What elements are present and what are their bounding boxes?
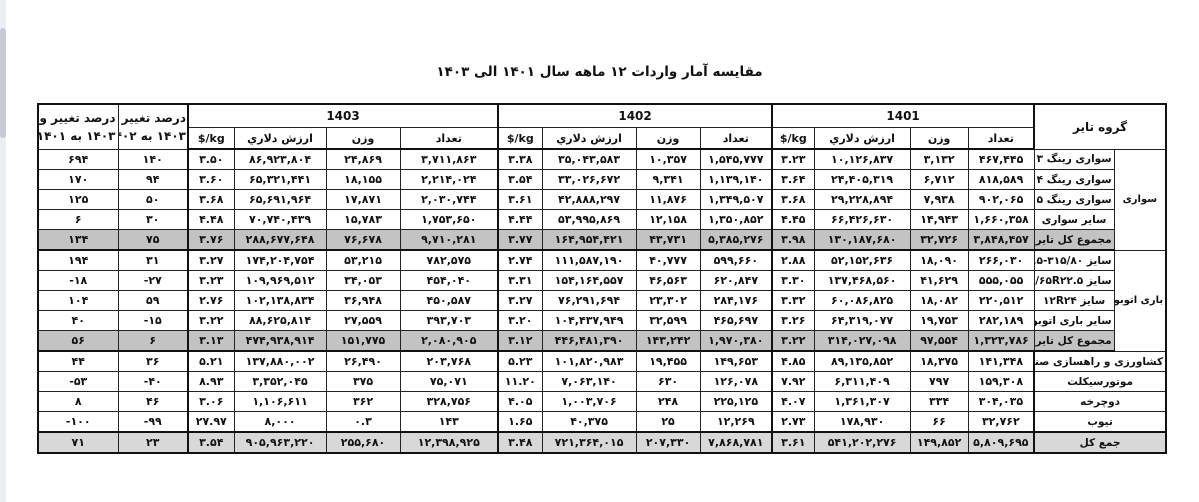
cell: ۳.۲۲ bbox=[772, 331, 814, 352]
cell: ۴۶ bbox=[118, 392, 188, 412]
cell: ۱,۱۳۹,۱۴۰ bbox=[700, 170, 772, 190]
cell: ۲۵۵,۶۸۰ bbox=[326, 432, 400, 453]
cell: ۲۵ bbox=[636, 412, 700, 433]
cell: ۵,۸۰۹,۶۹۵ bbox=[968, 432, 1034, 453]
cell: ۱۰,۳۵۷ bbox=[636, 149, 700, 170]
cell: ۵۳,۹۹۵,۸۶۹ bbox=[542, 210, 636, 230]
cell: ۳.۶۸ bbox=[772, 190, 814, 210]
header-year-1403: 1403 bbox=[188, 104, 498, 128]
header-value-1401: ارزش دلاري bbox=[814, 128, 910, 150]
cell: ۶۲۰,۸۴۷ bbox=[700, 271, 772, 291]
cell: ۳,۳۵۲,۰۴۵ bbox=[234, 372, 326, 392]
cell: ۲۲۵,۱۲۵ bbox=[700, 392, 772, 412]
cell: ۱۲۵ bbox=[38, 190, 118, 210]
cell: ۹۰۵,۹۶۳,۲۲۰ bbox=[234, 432, 326, 453]
cell: ۱,۳۴۹,۵۰۷ bbox=[700, 190, 772, 210]
cell: ۳۶ bbox=[118, 351, 188, 372]
imports-comparison-table: گروه تایر 1401 1402 1403 درصد تغییر وزنی… bbox=[37, 103, 1167, 454]
cell: ۸۱۸,۵۸۹ bbox=[968, 170, 1034, 190]
header-count-1403: تعداد bbox=[400, 128, 498, 150]
cell: ۱۴۹,۶۵۳ bbox=[700, 351, 772, 372]
cell: ۱۷,۸۷۱ bbox=[326, 190, 400, 210]
header-pct-1403-1402: درصد تغییر وزنی۱۴۰۳ به ۱۴۰۲ bbox=[118, 104, 188, 149]
pct-1401-line1: درصد تغییر وزنی bbox=[38, 111, 116, 125]
cell: ۵۹۹,۶۶۰ bbox=[700, 250, 772, 271]
cell: ۳.۶۱ bbox=[772, 432, 814, 453]
cell: ۴۰,۳۷۵ bbox=[542, 412, 636, 433]
header-weight-1403: وزن bbox=[326, 128, 400, 150]
cell: ۶۹۴ bbox=[38, 149, 118, 170]
cell: ۴۷۴,۹۳۸,۹۱۴ bbox=[234, 331, 326, 352]
cell: ۳,۸۴۸,۴۵۷ bbox=[968, 230, 1034, 251]
header-tire-group: گروه تایر bbox=[1034, 104, 1166, 149]
cell: ۷۰,۷۴۰,۴۳۹ bbox=[234, 210, 326, 230]
table-row: سایز ۱۲R۲۴ ۲۲۰,۵۱۲۱۸,۰۸۲۶۰,۰۸۶,۸۲۵۳.۳۲ ۲… bbox=[38, 291, 1166, 311]
cell: ۷۶,۲۹۱,۶۹۴ bbox=[542, 291, 636, 311]
cell: ۵۲,۱۵۲,۶۳۶ bbox=[814, 250, 910, 271]
cell: ۲۷,۵۵۹ bbox=[326, 311, 400, 331]
cell: ۱۸,۱۵۵ bbox=[326, 170, 400, 190]
header-pct-1403-1401: درصد تغییر وزنی۱۴۰۳ به ۱۴۰۱ bbox=[38, 104, 118, 149]
cell: ۳.۰۶ bbox=[188, 392, 234, 412]
cell: ۲۸۴,۱۷۶ bbox=[700, 291, 772, 311]
cell: ۲,۲۱۴,۰۲۴ bbox=[400, 170, 498, 190]
table-row: باری اتوبوسی سایز ۳۱۵/۸۰-R۲۲.۵ ۲۶۶,۰۳۰۱۸… bbox=[38, 250, 1166, 271]
cell: ۱۰۲,۱۳۸,۸۳۴ bbox=[234, 291, 326, 311]
cell: ۲۶۶,۰۳۰ bbox=[968, 250, 1034, 271]
cell: ۱۲۶,۰۷۸ bbox=[700, 372, 772, 392]
cell: ۵۰ bbox=[118, 190, 188, 210]
cell: ۳۴,۰۵۳ bbox=[326, 271, 400, 291]
cell: ۴.۴۵ bbox=[772, 210, 814, 230]
cell: ۶۵,۶۹۱,۹۶۴ bbox=[234, 190, 326, 210]
cell: ۴۲,۸۸۸,۲۹۷ bbox=[542, 190, 636, 210]
cell: ۲۸۸,۶۷۷,۶۴۸ bbox=[234, 230, 326, 251]
header-weight-1401: وزن bbox=[910, 128, 968, 150]
cell: ۱۴۳ bbox=[400, 412, 498, 433]
cell: ۳.۷۶ bbox=[188, 230, 234, 251]
cell: ۳.۳۲ bbox=[772, 291, 814, 311]
cell: ۳.۵۰ bbox=[188, 149, 234, 170]
cell: ۳.۵۴ bbox=[498, 170, 542, 190]
cell: ۳۳,۰۲۶,۶۷۲ bbox=[542, 170, 636, 190]
pct-1402-line2: ۱۴۰۳ به ۱۴۰۲ bbox=[118, 129, 186, 143]
cell: ۸۸,۶۲۵,۸۱۴ bbox=[234, 311, 326, 331]
cell: ۴۶,۵۶۳ bbox=[636, 271, 700, 291]
cell: ۲۳,۳۰۲ bbox=[636, 291, 700, 311]
row-label: تیوب bbox=[1034, 412, 1166, 433]
cell: ۲۴,۸۶۹ bbox=[326, 149, 400, 170]
cell: ۴۶۷,۴۴۵ bbox=[968, 149, 1034, 170]
cell: ۴۰,۷۷۷ bbox=[636, 250, 700, 271]
cell: ۴۴۶,۴۸۱,۳۹۰ bbox=[542, 331, 636, 352]
cell: ۱۰,۱۲۶,۸۳۷ bbox=[814, 149, 910, 170]
cell: ۶۵,۳۲۱,۴۴۱ bbox=[234, 170, 326, 190]
cell: ۴۶۵,۶۹۷ bbox=[700, 311, 772, 331]
cell: ۳۱۴,۰۲۷,۰۹۸ bbox=[814, 331, 910, 352]
cell: ۱,۳۵۰,۸۵۲ bbox=[700, 210, 772, 230]
table-row: سواری سواری رینگ ۱۳ ۴۶۷,۴۴۵۳,۱۳۲۱۰,۱۲۶,۸… bbox=[38, 149, 1166, 170]
cell: ۱۵۴,۱۶۴,۵۵۷ bbox=[542, 271, 636, 291]
cell: ۷۶,۶۷۸ bbox=[326, 230, 400, 251]
row-label: سواری رینگ ۱۵ bbox=[1034, 190, 1114, 210]
cell: ۱۴۱,۳۴۸ bbox=[968, 351, 1034, 372]
cell: -۵۳ bbox=[38, 372, 118, 392]
cell: ۵.۲۱ bbox=[188, 351, 234, 372]
cell: ۳۱ bbox=[118, 250, 188, 271]
cell: ۳,۷۱۱,۸۶۳ bbox=[400, 149, 498, 170]
cell: ۱۵۹,۳۰۸ bbox=[968, 372, 1034, 392]
grand-total-row: جمع کل ۵,۸۰۹,۶۹۵۱۴۹,۸۵۲۵۴۱,۲۰۲,۲۷۶۳.۶۱ ۷… bbox=[38, 432, 1166, 453]
cell: ۶۳۰ bbox=[636, 372, 700, 392]
cell: ۳.۲۰ bbox=[498, 311, 542, 331]
table-row: تیوب ۳۲,۷۶۲۶۶۱۷۸,۹۳۰۲.۷۳ ۱۲,۲۶۹۲۵۴۰,۳۷۵۱… bbox=[38, 412, 1166, 433]
table-row: سواری رینگ ۱۴ ۸۱۸,۵۸۹۶,۷۱۲۲۴,۴۰۵,۳۱۹۳.۶۴… bbox=[38, 170, 1166, 190]
cell: ۹,۷۱۰,۲۸۱ bbox=[400, 230, 498, 251]
cell: ۱۷۸,۹۳۰ bbox=[814, 412, 910, 433]
cell: ۲,۰۸۰,۹۰۵ bbox=[400, 331, 498, 352]
table-row: سایز ۳۸۵/۶۵R۲۲.۵ ۵۵۵,۰۵۵۴۱,۶۲۹۱۳۷,۴۶۸,۵۶… bbox=[38, 271, 1166, 291]
cell: ۷,۰۶۳,۱۴۰ bbox=[542, 372, 636, 392]
table-row: سایر باری اتوبوسی ۲۸۲,۱۸۹۱۹,۷۵۳۶۴,۳۱۹,۰۷… bbox=[38, 311, 1166, 331]
cell: ۱۸,۰۹۰ bbox=[910, 250, 968, 271]
cell: ۱۳۷,۸۸۰,۰۰۲ bbox=[234, 351, 326, 372]
cell: -۱۸ bbox=[38, 271, 118, 291]
header-kg-1402: $/kg bbox=[498, 128, 542, 150]
row-label: سایر سواری bbox=[1034, 210, 1114, 230]
cell: ۱,۳۲۳,۷۸۶ bbox=[968, 331, 1034, 352]
cell: ۷۵ bbox=[118, 230, 188, 251]
cell: ۲.۷۳ bbox=[772, 412, 814, 433]
cell: ۱۲,۳۹۸,۹۲۵ bbox=[400, 432, 498, 453]
cell: ۷۸۲,۵۷۵ bbox=[400, 250, 498, 271]
pct-1401-line2: ۱۴۰۳ به ۱۴۰۱ bbox=[38, 129, 116, 143]
cell: ۱۱۱,۵۸۷,۱۹۰ bbox=[542, 250, 636, 271]
cell: ۶ bbox=[118, 331, 188, 352]
cell: ۳.۲۷ bbox=[498, 291, 542, 311]
table-row: موتورسیکلت ۱۵۹,۳۰۸۷۹۷۶,۳۱۱,۴۰۹۷.۹۲ ۱۲۶,۰… bbox=[38, 372, 1166, 392]
cell: ۲۹,۲۲۸,۸۹۴ bbox=[814, 190, 910, 210]
cell: ۳.۶۸ bbox=[188, 190, 234, 210]
table-row: کشاورزی و راهسازی صنعتی ۱۴۱,۳۴۸۱۸,۳۷۵۸۹,… bbox=[38, 351, 1166, 372]
cell: ۶,۷۱۲ bbox=[910, 170, 968, 190]
row-label: سواری رینگ ۱۳ bbox=[1034, 149, 1114, 170]
cell: ۱۴۳,۲۴۲ bbox=[636, 331, 700, 352]
cell: ۴.۰۷ bbox=[772, 392, 814, 412]
cell: ۲۲۰,۵۱۲ bbox=[968, 291, 1034, 311]
cell: ۱۵۱,۷۷۵ bbox=[326, 331, 400, 352]
header-count-1401: تعداد bbox=[968, 128, 1034, 150]
cell: ۱۵,۷۸۳ bbox=[326, 210, 400, 230]
cell: ۲۸۲,۱۸۹ bbox=[968, 311, 1034, 331]
cell: ۳.۶۴ bbox=[772, 170, 814, 190]
cell: ۸.۹۳ bbox=[188, 372, 234, 392]
cell: ۵۴۱,۲۰۲,۲۷۶ bbox=[814, 432, 910, 453]
row-label: کشاورزی و راهسازی صنعتی bbox=[1034, 351, 1166, 372]
cell: ۶۰,۰۸۶,۸۲۵ bbox=[814, 291, 910, 311]
cell: ۱۸,۰۸۲ bbox=[910, 291, 968, 311]
table-row: سواری رینگ ۱۵ ۹۰۲,۰۶۵۷,۹۳۸۲۹,۲۲۸,۸۹۴۳.۶۸… bbox=[38, 190, 1166, 210]
cell: ۳.۲۳ bbox=[188, 271, 234, 291]
cell: ۶,۳۱۱,۴۰۹ bbox=[814, 372, 910, 392]
cell: -۱۵ bbox=[118, 311, 188, 331]
cell: ۲.۸۸ bbox=[772, 250, 814, 271]
cell: ۳.۳۱ bbox=[498, 271, 542, 291]
cell: -۱۰۰ bbox=[38, 412, 118, 433]
cell: ۲.۷۴ bbox=[498, 250, 542, 271]
cell: ۷۱ bbox=[38, 432, 118, 453]
cell: ۳۳۴ bbox=[910, 392, 968, 412]
header-year-1402: 1402 bbox=[498, 104, 772, 128]
cell: ۴۰ bbox=[38, 311, 118, 331]
cell: ۳.۲۶ bbox=[772, 311, 814, 331]
header-count-1402: تعداد bbox=[700, 128, 772, 150]
cell: ۱۲,۲۶۹ bbox=[700, 412, 772, 433]
cell: ۹,۳۴۱ bbox=[636, 170, 700, 190]
cell: ۳,۱۳۲ bbox=[910, 149, 968, 170]
header-kg-1403: $/kg bbox=[188, 128, 234, 150]
cell: ۸۹,۱۳۵,۸۵۲ bbox=[814, 351, 910, 372]
row-label: مجموع کل تایر باری اتوبوسی bbox=[1034, 331, 1114, 352]
cell: ۵.۲۳ bbox=[498, 351, 542, 372]
category-truck-bus: باری اتوبوسی bbox=[1114, 250, 1166, 351]
row-label: سایر باری اتوبوسی bbox=[1034, 311, 1114, 331]
header-value-1402: ارزش دلاري bbox=[542, 128, 636, 150]
cell: ۶ bbox=[38, 210, 118, 230]
table-row: سایر سواری ۱,۶۶۰,۳۵۸۱۴,۹۴۳۶۶,۴۲۶,۶۳۰۴.۴۵… bbox=[38, 210, 1166, 230]
cell: ۱۰۴,۴۳۷,۹۴۹ bbox=[542, 311, 636, 331]
cell: ۱.۶۵ bbox=[498, 412, 542, 433]
cell: -۹۹ bbox=[118, 412, 188, 433]
cell: ۳.۳۸ bbox=[498, 149, 542, 170]
cell: ۱۳۰,۱۸۷,۶۸۰ bbox=[814, 230, 910, 251]
cell: ۱۸,۳۷۵ bbox=[910, 351, 968, 372]
cell: ۳.۲۲ bbox=[188, 311, 234, 331]
row-label: مجموع کل تایر سواری bbox=[1034, 230, 1114, 251]
cell: ۴.۴۴ bbox=[498, 210, 542, 230]
cell: ۷.۹۲ bbox=[772, 372, 814, 392]
table-row: دوچرخه ۳۰۴,۰۳۵۳۳۴۱,۳۶۱,۳۰۷۴.۰۷ ۲۲۵,۱۲۵۲۴… bbox=[38, 392, 1166, 412]
cell: ۱۰۴ bbox=[38, 291, 118, 311]
cell: ۱۳۷,۴۶۸,۵۶۰ bbox=[814, 271, 910, 291]
cell: ۴۳,۷۳۱ bbox=[636, 230, 700, 251]
cell: ۱۴,۹۴۳ bbox=[910, 210, 968, 230]
scrollbar-thumb[interactable] bbox=[0, 28, 6, 138]
cell: ۵۶ bbox=[38, 331, 118, 352]
cell: ۱۳۴ bbox=[38, 230, 118, 251]
cell: ۳۵,۰۴۳,۵۸۳ bbox=[542, 149, 636, 170]
cell: ۴۵۰,۵۸۷ bbox=[400, 291, 498, 311]
cell: ۳.۳۰ bbox=[772, 271, 814, 291]
cell: ۳۲,۷۲۶ bbox=[910, 230, 968, 251]
cell: ۷۵,۰۷۱ bbox=[400, 372, 498, 392]
cell: ۷۹۷ bbox=[910, 372, 968, 392]
cell: ۳۶,۹۴۸ bbox=[326, 291, 400, 311]
header-value-1403: ارزش دلاري bbox=[234, 128, 326, 150]
cell: ۵۹ bbox=[118, 291, 188, 311]
cell: ۸۶,۹۲۳,۸۰۴ bbox=[234, 149, 326, 170]
header-weight-1402: وزن bbox=[636, 128, 700, 150]
cell: ۵۳,۲۱۵ bbox=[326, 250, 400, 271]
cell: ۱,۱۰۶,۶۱۱ bbox=[234, 392, 326, 412]
cell: ۳۹۳,۷۰۳ bbox=[400, 311, 498, 331]
cell: ۳.۹۸ bbox=[772, 230, 814, 251]
cell: ۳۰ bbox=[118, 210, 188, 230]
cell: ۰.۳ bbox=[326, 412, 400, 433]
cell: ۹۷,۵۵۴ bbox=[910, 331, 968, 352]
cell: -۲۷ bbox=[118, 271, 188, 291]
cell: ۱۱.۲۰ bbox=[498, 372, 542, 392]
cell: ۱,۷۵۳,۶۵۰ bbox=[400, 210, 498, 230]
cell: ۸ bbox=[38, 392, 118, 412]
cell: ۸,۰۰۰ bbox=[234, 412, 326, 433]
pct-1402-line1: درصد تغییر وزنی bbox=[118, 111, 186, 125]
cell: ۴۵۴,۰۴۰ bbox=[400, 271, 498, 291]
cell: ۵۵۵,۰۵۵ bbox=[968, 271, 1034, 291]
row-label: سایز ۳۱۵/۸۰-R۲۲.۵ bbox=[1034, 250, 1114, 271]
cell: ۴.۴۸ bbox=[188, 210, 234, 230]
cell: ۶۴,۳۱۹,۰۷۷ bbox=[814, 311, 910, 331]
cell: ۴.۸۵ bbox=[772, 351, 814, 372]
cell: ۹۰۲,۰۶۵ bbox=[968, 190, 1034, 210]
cell: ۱,۰۰۳,۷۰۶ bbox=[542, 392, 636, 412]
cell: ۱۹,۷۵۳ bbox=[910, 311, 968, 331]
cell: ۱۷۰ bbox=[38, 170, 118, 190]
subtotal-row-truck-bus: مجموع کل تایر باری اتوبوسی ۱,۳۲۳,۷۸۶۹۷,۵… bbox=[38, 331, 1166, 352]
subtotal-row-passenger: مجموع کل تایر سواری ۳,۸۴۸,۴۵۷۳۲,۷۲۶۱۳۰,۱… bbox=[38, 230, 1166, 251]
cell: ۳.۱۳ bbox=[188, 331, 234, 352]
row-label: سایز ۳۸۵/۶۵R۲۲.۵ bbox=[1034, 271, 1114, 291]
cell: ۱,۳۶۱,۳۰۷ bbox=[814, 392, 910, 412]
cell: ۳۲۸,۷۵۶ bbox=[400, 392, 498, 412]
cell: ۳۶۲ bbox=[326, 392, 400, 412]
cell: ۲۴,۴۰۵,۳۱۹ bbox=[814, 170, 910, 190]
cell: ۲۰۷,۳۳۰ bbox=[636, 432, 700, 453]
cell: ۷۲۱,۳۶۴,۰۱۵ bbox=[542, 432, 636, 453]
cell: ۱,۹۷۰,۳۸۰ bbox=[700, 331, 772, 352]
row-label: جمع کل bbox=[1034, 432, 1166, 453]
cell: ۱۲,۱۵۸ bbox=[636, 210, 700, 230]
cell: ۳۰۴,۰۳۵ bbox=[968, 392, 1034, 412]
cell: ۱,۵۴۵,۷۷۷ bbox=[700, 149, 772, 170]
cell: ۳۲,۵۹۹ bbox=[636, 311, 700, 331]
row-label: سایز ۱۲R۲۴ bbox=[1034, 291, 1114, 311]
cell: ۳.۷۷ bbox=[498, 230, 542, 251]
page-title: مقایسه آمار واردات ۱۲ ماهه سال ۱۴۰۱ الی … bbox=[0, 64, 1199, 80]
cell: ۳.۶۰ bbox=[188, 170, 234, 190]
cell: ۱۰۹,۹۶۹,۵۱۲ bbox=[234, 271, 326, 291]
cell: -۴۰ bbox=[118, 372, 188, 392]
row-label: سواری رینگ ۱۴ bbox=[1034, 170, 1114, 190]
cell: ۱۹۴ bbox=[38, 250, 118, 271]
cell: ۱۱,۸۷۶ bbox=[636, 190, 700, 210]
cell: ۳.۴۸ bbox=[498, 432, 542, 453]
cell: ۷,۸۶۸,۷۸۱ bbox=[700, 432, 772, 453]
row-label: موتورسیکلت bbox=[1034, 372, 1166, 392]
cell: ۲,۰۳۰,۷۴۴ bbox=[400, 190, 498, 210]
cell: ۱۶۴,۹۵۴,۴۲۱ bbox=[542, 230, 636, 251]
cell: ۱۰۱,۸۲۰,۹۸۳ bbox=[542, 351, 636, 372]
cell: ۲۰۳,۷۶۸ bbox=[400, 351, 498, 372]
cell: ۴.۰۵ bbox=[498, 392, 542, 412]
cell: ۲۷.۹۷ bbox=[188, 412, 234, 433]
cell: ۶۶,۴۲۶,۶۳۰ bbox=[814, 210, 910, 230]
cell: ۳.۲۳ bbox=[772, 149, 814, 170]
cell: ۳.۵۴ bbox=[188, 432, 234, 453]
cell: ۱۴۰ bbox=[118, 149, 188, 170]
cell: ۲.۷۶ bbox=[188, 291, 234, 311]
cell: ۱۴۹,۸۵۲ bbox=[910, 432, 968, 453]
cell: ۹۴ bbox=[118, 170, 188, 190]
row-label: دوچرخه bbox=[1034, 392, 1166, 412]
cell: ۲۳ bbox=[118, 432, 188, 453]
header-year-1401: 1401 bbox=[772, 104, 1034, 128]
cell: ۳.۲۷ bbox=[188, 250, 234, 271]
cell: ۶۶ bbox=[910, 412, 968, 433]
cell: ۴۱,۶۲۹ bbox=[910, 271, 968, 291]
cell: ۱۹,۴۵۵ bbox=[636, 351, 700, 372]
cell: ۵,۳۸۵,۲۷۶ bbox=[700, 230, 772, 251]
category-passenger: سواری bbox=[1114, 149, 1166, 250]
cell: ۳۷۵ bbox=[326, 372, 400, 392]
cell: ۱۷۴,۲۰۴,۷۵۴ bbox=[234, 250, 326, 271]
cell: ۷,۹۳۸ bbox=[910, 190, 968, 210]
cell: ۲۶,۴۹۰ bbox=[326, 351, 400, 372]
cell: ۳.۶۱ bbox=[498, 190, 542, 210]
cell: ۲۴۸ bbox=[636, 392, 700, 412]
cell: ۱,۶۶۰,۳۵۸ bbox=[968, 210, 1034, 230]
cell: ۳.۱۲ bbox=[498, 331, 542, 352]
cell: ۴۴ bbox=[38, 351, 118, 372]
cell: ۳۲,۷۶۲ bbox=[968, 412, 1034, 433]
header-kg-1401: $/kg bbox=[772, 128, 814, 150]
